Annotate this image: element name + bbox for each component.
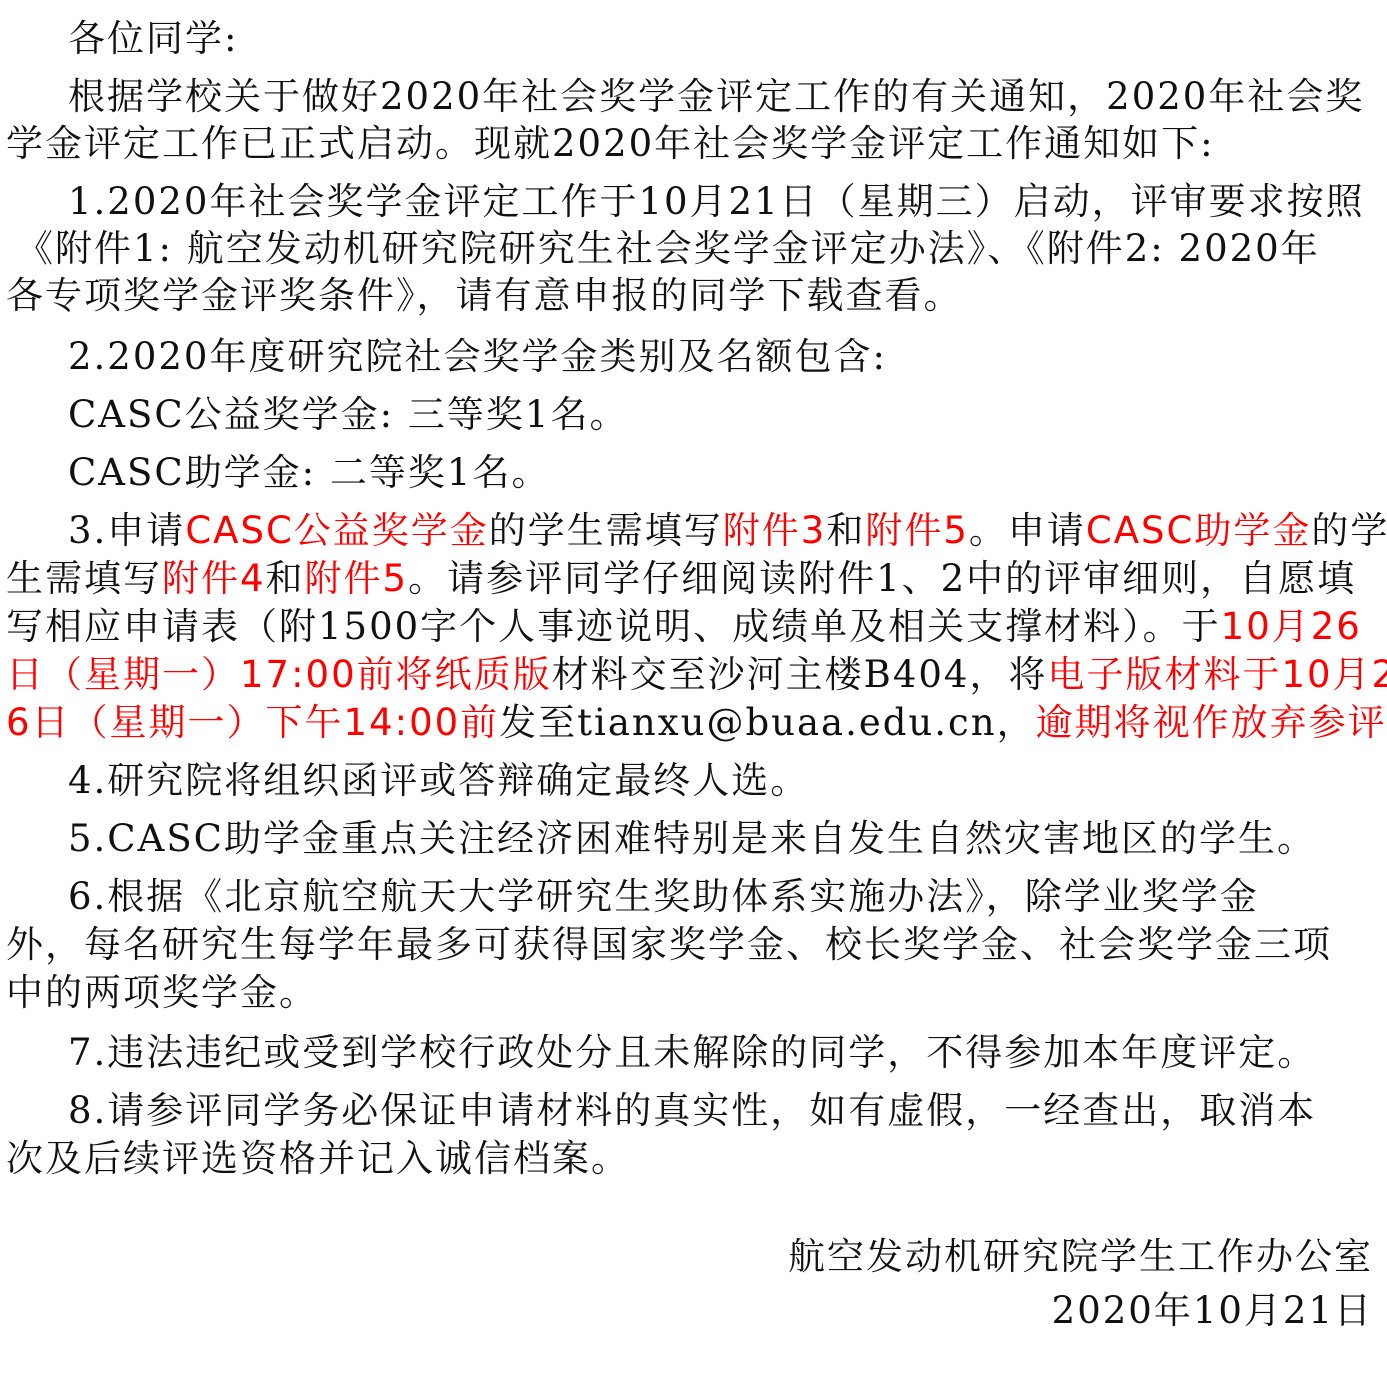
item-2-line-1: 2.2020年度研究院社会奖学金类别及名额包含:	[68, 332, 887, 382]
text-segment: 写相应申请表（附1500字个人事迹说明、成绩单及相关支撑材料）。于	[6, 605, 1221, 648]
highlight-attachment-4: 附件4	[162, 557, 266, 600]
text-segment: 和	[266, 557, 305, 600]
highlight-attachment-5: 附件5	[865, 509, 969, 552]
highlight-attachment-3: 附件3	[723, 509, 827, 552]
text-segment: 。请参评同学仔细阅读附件1、2中的评审细则，自愿填	[408, 557, 1356, 600]
intro-line-2: 学金评定工作已正式启动。现就2020年社会奖学金评定工作通知如下:	[6, 119, 1215, 169]
item-5: 5.CASC助学金重点关注经济困难特别是来自发生自然灾害地区的学生。	[68, 814, 1316, 864]
highlight-late-warning: 逾期将视作放弃参评。	[1036, 701, 1387, 744]
item-1-line-1: 1.2020年社会奖学金评定工作于10月21日（星期三）启动，评审要求按照	[68, 177, 1365, 227]
item-6-line-1: 6.根据《北京航空航天大学研究生奖助体系实施办法》，除学业奖学金	[68, 872, 1259, 922]
award-casc-grant: CASC助学金: 二等奖1名。	[68, 448, 550, 498]
text-segment: 和	[826, 509, 865, 552]
item-6-line-3: 中的两项奖学金。	[6, 968, 318, 1018]
highlight-electronic-deadline-time: 6日（星期一）下午14:00前	[6, 701, 499, 744]
greeting: 各位同学:	[68, 14, 238, 64]
item-1-line-2: 《附件1: 航空发动机研究院研究生社会奖学金评定办法》、《附件2: 2020年	[16, 224, 1320, 274]
signature-date: 2020年10月21日	[1052, 1286, 1373, 1336]
highlight-casc-grant: CASC助学金	[1086, 509, 1311, 552]
item-4: 4.研究院将组织函评或答辩确定最终人选。	[68, 756, 809, 806]
text-segment: 的学	[1311, 509, 1387, 552]
item-8-line-1: 8.请参评同学务必保证申请材料的真实性，如有虚假，一经查出，取消本	[68, 1086, 1316, 1136]
item-3-line-5: 6日（星期一）下午14:00前发至tianxu@buaa.edu.cn，逾期将视…	[6, 698, 1387, 748]
item-6-line-2: 外，每名研究生每学年最多可获得国家奖学金、校长奖学金、社会奖学金三项	[6, 920, 1332, 970]
item-1-line-3: 各专项奖学金评奖条件》，请有意申报的同学下载查看。	[6, 271, 963, 321]
award-casc-public-welfare: CASC公益奖学金: 三等奖1名。	[68, 390, 628, 440]
highlight-deadline-date: 10月26	[1221, 605, 1362, 648]
text-segment: 。申请	[969, 509, 1086, 552]
item-7: 7.违法违纪或受到学校行政处分且未解除的同学，不得参加本年度评定。	[68, 1028, 1316, 1078]
item-3-line-4: 日（星期一）17:00前将纸质版材料交至沙河主楼B404，将电子版材料于10月2	[6, 650, 1387, 700]
email-text: 发至tianxu@buaa.edu.cn，	[499, 701, 1035, 744]
intro-line-1: 根据学校关于做好2020年社会奖学金评定工作的有关通知，2020年社会奖	[68, 72, 1364, 122]
text-segment: 生需填写	[6, 557, 162, 600]
item-3-line-2: 生需填写附件4和附件5。请参评同学仔细阅读附件1、2中的评审细则，自愿填	[6, 554, 1356, 604]
text-segment: 3.申请	[68, 509, 185, 552]
highlight-paper-deadline: 日（星期一）17:00前将纸质版	[6, 653, 552, 696]
highlight-attachment-5: 附件5	[305, 557, 409, 600]
text-segment: 的学生需填写	[489, 509, 723, 552]
text-segment: 材料交至沙河主楼B404，将	[552, 653, 1048, 696]
highlight-electronic-deadline: 电子版材料于10月2	[1047, 653, 1387, 696]
item-3-line-3: 写相应申请表（附1500字个人事迹说明、成绩单及相关支撑材料）。于10月26	[6, 602, 1362, 652]
item-8-line-2: 次及后续评选资格并记入诚信档案。	[6, 1134, 630, 1184]
signature-office: 航空发动机研究院学生工作办公室	[788, 1232, 1373, 1282]
item-3-line-1: 3.申请CASC公益奖学金的学生需填写附件3和附件5。申请CASC助学金的学	[68, 506, 1387, 556]
highlight-casc-public-welfare: CASC公益奖学金	[185, 509, 488, 552]
